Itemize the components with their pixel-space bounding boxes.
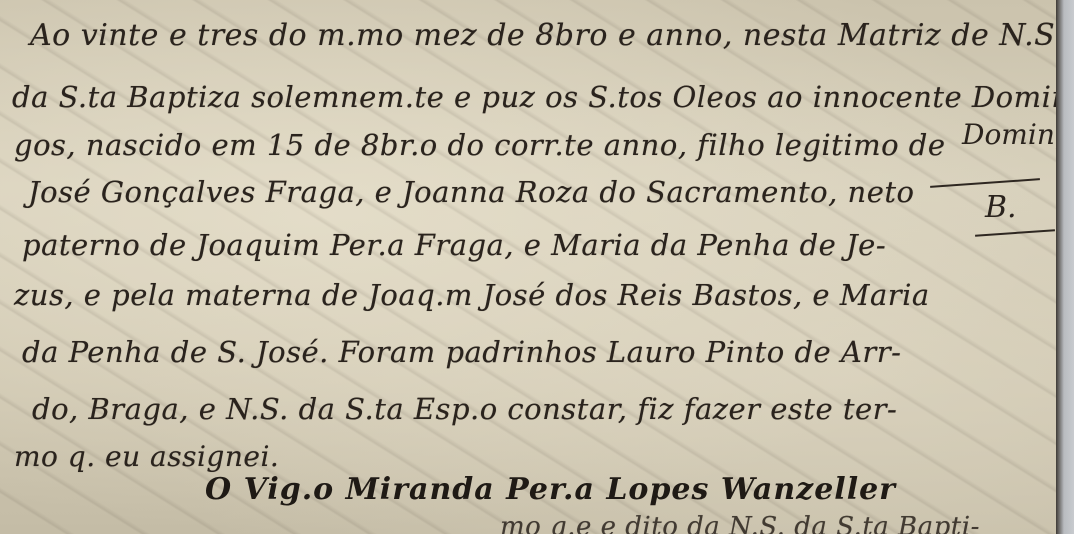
margin-rule-bottom bbox=[975, 229, 1055, 236]
text-line-next-entry: mo q.e e dito da N.S. da S.ta Bapti- bbox=[500, 512, 980, 534]
margin-initial: B. bbox=[985, 190, 1017, 225]
page-edge bbox=[1056, 0, 1074, 534]
margin-name: Doming. bbox=[962, 118, 1056, 151]
priest-signature: O Vig.o Miranda Per.a Lopes Wanzeller bbox=[205, 472, 896, 507]
margin-rule-top bbox=[930, 178, 1040, 187]
text-line-4: José Gonçalves Fraga, e Joanna Roza do S… bbox=[28, 175, 915, 209]
text-line-2: da S.ta Baptiza solemnem.te e puz os S.t… bbox=[12, 80, 1056, 114]
text-line-1: Ao vinte e tres do m.mo mez de 8bro e an… bbox=[30, 18, 1056, 53]
text-line-7: da Penha de S. José. Foram padrinhos Lau… bbox=[22, 335, 901, 369]
text-line-8: do, Braga, e N.S. da S.ta Esp.o constar,… bbox=[32, 392, 897, 426]
register-page: Ao vinte e tres do m.mo mez de 8bro e an… bbox=[0, 0, 1056, 534]
text-line-6: zus, e pela materna de Joaq.m José dos R… bbox=[14, 278, 930, 312]
text-line-9: mo q. eu assignei. bbox=[14, 440, 279, 473]
text-line-5: paterno de Joaquim Per.a Fraga, e Maria … bbox=[22, 228, 886, 262]
text-line-3: gos, nascido em 15 de 8br.o do corr.te a… bbox=[14, 128, 946, 162]
